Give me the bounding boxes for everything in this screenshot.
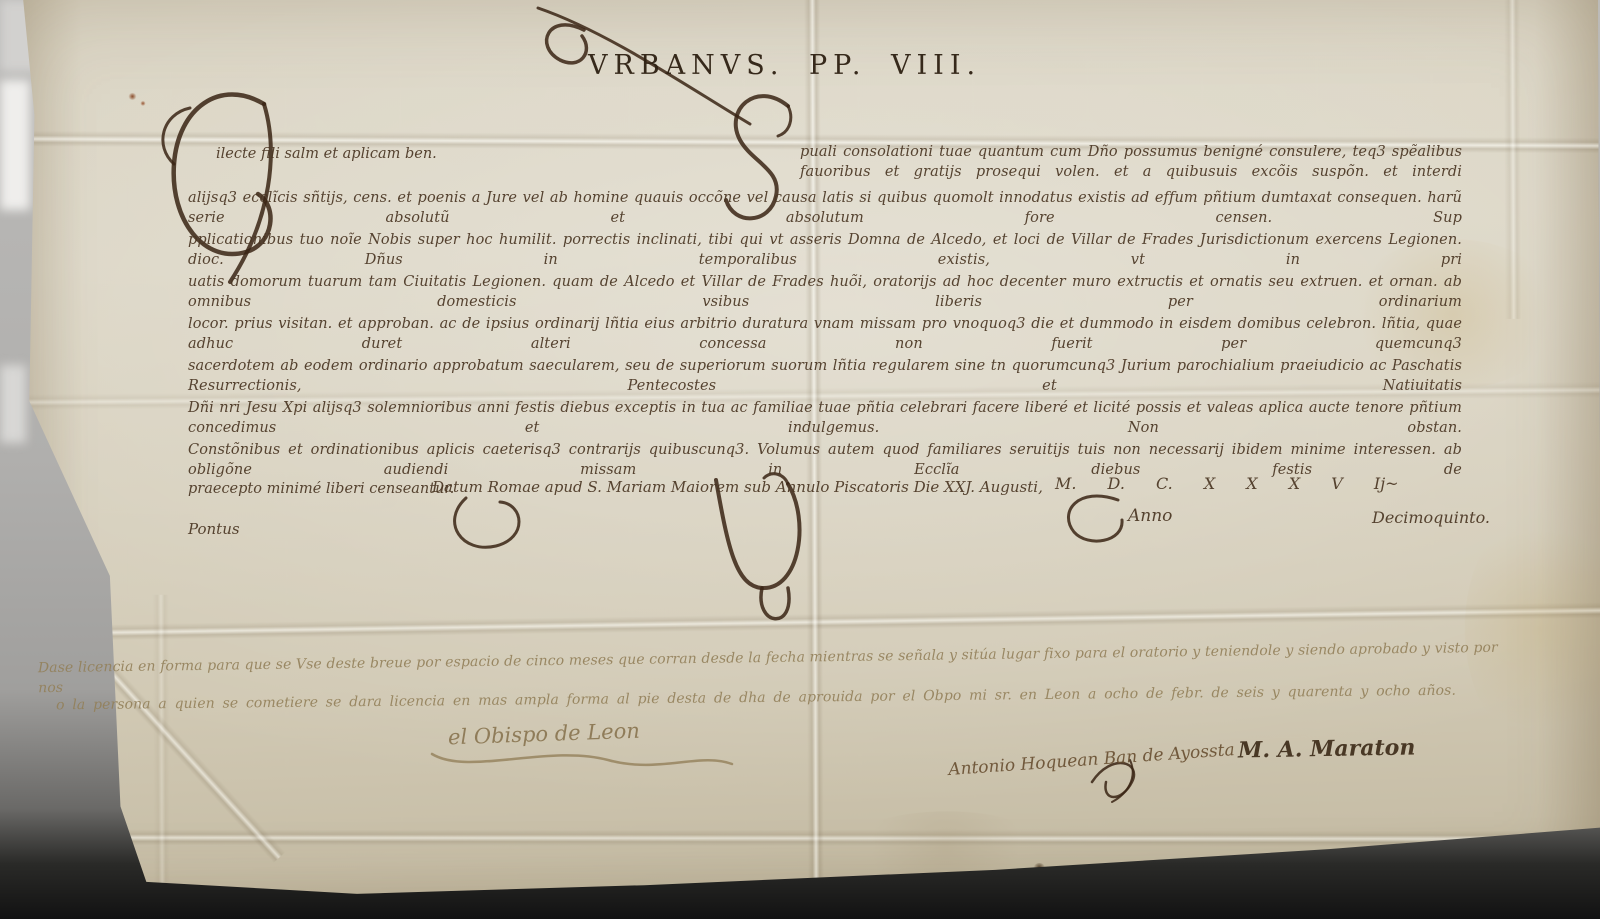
anno-word: Anno	[1128, 506, 1172, 526]
body-line-5: locor. prius visitan. et approban. ac de…	[188, 314, 1462, 354]
photo-of-parchment-document: VRBANVS. PP. VIII. ilecte fili salm et a…	[0, 0, 1600, 919]
body-line-1a: ilecte fili salm et aplicam ben.	[216, 146, 437, 162]
datum-d-loop-flourish	[448, 492, 568, 562]
smudge-center-bottom	[846, 811, 1046, 882]
signature-notary: M. A. Maraton	[1238, 734, 1416, 763]
pontificatus-word: Pontus	[188, 520, 240, 538]
datum-roman-numerals: M. D. C. X X X V Ij~	[1055, 474, 1399, 493]
desk-highlight-left-2	[0, 365, 26, 443]
body-line-4: uatis domorum tuarum tam Ciuitatis Legio…	[188, 272, 1462, 312]
body-line-2: alijsq3 ecclĩcis sñtijs, cens. et poenis…	[188, 188, 1462, 228]
bishop-signature-rubric	[428, 742, 738, 787]
anno-loop-flourish	[1058, 492, 1138, 552]
desk-highlight-left-1	[0, 80, 30, 210]
rust-stain-top-left-2	[140, 101, 145, 106]
ink-spot-bottom	[1034, 863, 1045, 872]
body-line-9-start: praecepto minimé liberi censeantur.	[188, 481, 454, 497]
datum-formula: Datum Romae apud S. Mariam Maiorem sub A…	[432, 478, 1043, 496]
body-line-3: pplicationibus tuo noĩe Nobis super hoc …	[188, 230, 1462, 270]
body-line-7: Dñi nri Jesu Xpi alijsq3 solemnioribus a…	[188, 398, 1462, 438]
body-line-6: sacerdotem ab eodem ordinario approbatum…	[188, 356, 1462, 396]
body-line-1b: puali consolationi tuae quantum cum Dño …	[800, 142, 1462, 182]
fold-crease-vertical-left	[153, 595, 170, 917]
pontificate-year: Decimoquinto.	[1372, 508, 1490, 527]
document-title: VRBANVS. PP. VIII.	[588, 50, 981, 81]
yellow-stain-right-2	[1464, 508, 1600, 749]
rust-stain-top-left	[128, 93, 136, 100]
